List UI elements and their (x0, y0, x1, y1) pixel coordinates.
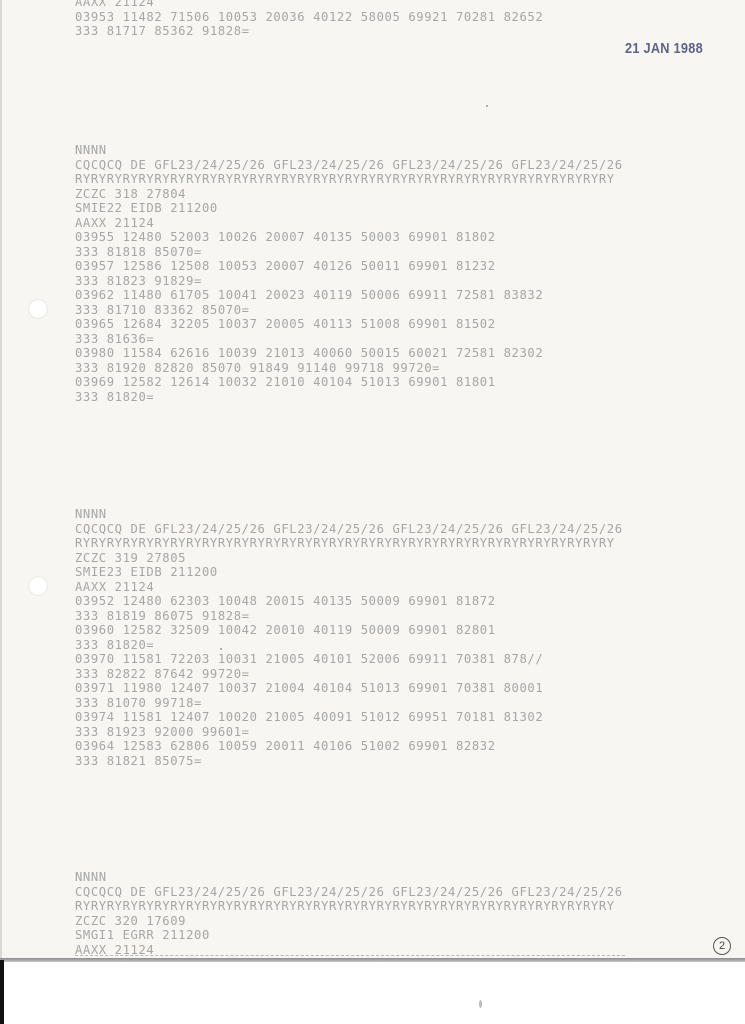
teletype-line: 03955 12480 52003 10026 20007 40135 5000… (75, 230, 496, 245)
teletype-line: 333 81710 83362 85070= (75, 303, 250, 318)
teletype-line: 03957 12586 12508 10053 20007 40126 5001… (75, 259, 496, 274)
teletype-line: 03952 12480 62303 10048 20015 40135 5000… (75, 594, 496, 609)
punch-hole (28, 299, 48, 319)
teletype-line: CQCQCQ DE GFL23/24/25/26 GFL23/24/25/26 … (75, 885, 623, 900)
teletype-line: RYRYRYRYRYRYRYRYRYRYRYRYRYRYRYRYRYRYRYRY… (75, 899, 615, 914)
date-stamp: 21 JAN 1988 (625, 40, 703, 57)
teletype-line: 03980 11584 62616 10039 21013 40060 5001… (75, 346, 543, 361)
teletype-line: 333 81820= (75, 638, 154, 653)
teletype-line: 03953 11482 71506 10053 20036 40122 5800… (75, 10, 543, 25)
teletype-line: 333 82822 87642 99720= (75, 667, 250, 682)
teletype-line: ZCZC 319 27805 (75, 551, 186, 566)
teletype-line: AAXX 21124 (75, 0, 154, 10)
sheet-edge (0, 958, 745, 962)
teletype-line: 333 81820= (75, 390, 154, 405)
teletype-line: AAXX 21124 (75, 216, 154, 231)
speck (220, 648, 222, 650)
teletype-line: 333 81819 86075 91828= (75, 609, 250, 624)
teletype-line: 333 81070 99718= (75, 696, 202, 711)
teletype-line: 03974 11581 12407 10020 21005 40091 5101… (75, 710, 543, 725)
teletype-line: 333 81636= (75, 332, 154, 347)
speck (486, 105, 488, 107)
teletype-line: AAXX 21124 (75, 580, 154, 595)
speck (479, 1000, 482, 1008)
teletype-line: 333 81818 85070= (75, 245, 202, 260)
teletype-line: ZCZC 320 17609 (75, 914, 186, 929)
punch-hole (28, 576, 48, 596)
teletype-line: 03970 11581 72203 10031 21005 40101 5200… (75, 652, 543, 667)
teletype-line: NNNN (75, 870, 107, 885)
teletype-line: NNNN (75, 143, 107, 158)
teletype-line: SMIE22 EIDB 211200 (75, 201, 218, 216)
teletype-line: RYRYRYRYRYRYRYRYRYRYRYRYRYRYRYRYRYRYRYRY… (75, 536, 615, 551)
teletype-line: 333 81920 82820 85070 91849 91140 99718 … (75, 361, 440, 376)
page-number: 2 (713, 937, 731, 955)
teletype-line: SMIE23 EIDB 211200 (75, 565, 218, 580)
teletype-line: 03965 12684 32205 10037 20005 40113 5100… (75, 317, 496, 332)
teletype-line: NNNN (75, 507, 107, 522)
teletype-line: 03962 11480 61705 10041 20023 40119 5000… (75, 288, 543, 303)
teleprinter-sheet: 21 JAN 1988 AAXX 2112403953 11482 71506 … (0, 0, 745, 960)
scanner-shadow (0, 960, 4, 1024)
teletype-line: 03971 11980 12407 10037 21004 40104 5101… (75, 681, 543, 696)
teletype-line: 333 81823 91829= (75, 274, 202, 289)
teletype-line: 03964 12583 62806 10059 20011 40106 5100… (75, 739, 496, 754)
teletype-line: 333 81821 85075= (75, 754, 202, 769)
teletype-line: 333 81717 85362 91828= (75, 24, 250, 39)
teletype-line: CQCQCQ DE GFL23/24/25/26 GFL23/24/25/26 … (75, 522, 623, 537)
teletype-line: 333 81923 92000 99601= (75, 725, 250, 740)
teletype-line: RYRYRYRYRYRYRYRYRYRYRYRYRYRYRYRYRYRYRYRY… (75, 172, 615, 187)
teletype-line: 03960 12582 32509 10042 20010 40119 5000… (75, 623, 496, 638)
teletype-line: 03969 12582 12614 10032 21010 40104 5101… (75, 375, 496, 390)
teletype-line: SMGI1 EGRR 211200 (75, 928, 210, 943)
teletype-line: ZCZC 318 27804 (75, 187, 186, 202)
teletype-line: CQCQCQ DE GFL23/24/25/26 GFL23/24/25/26 … (75, 158, 623, 173)
